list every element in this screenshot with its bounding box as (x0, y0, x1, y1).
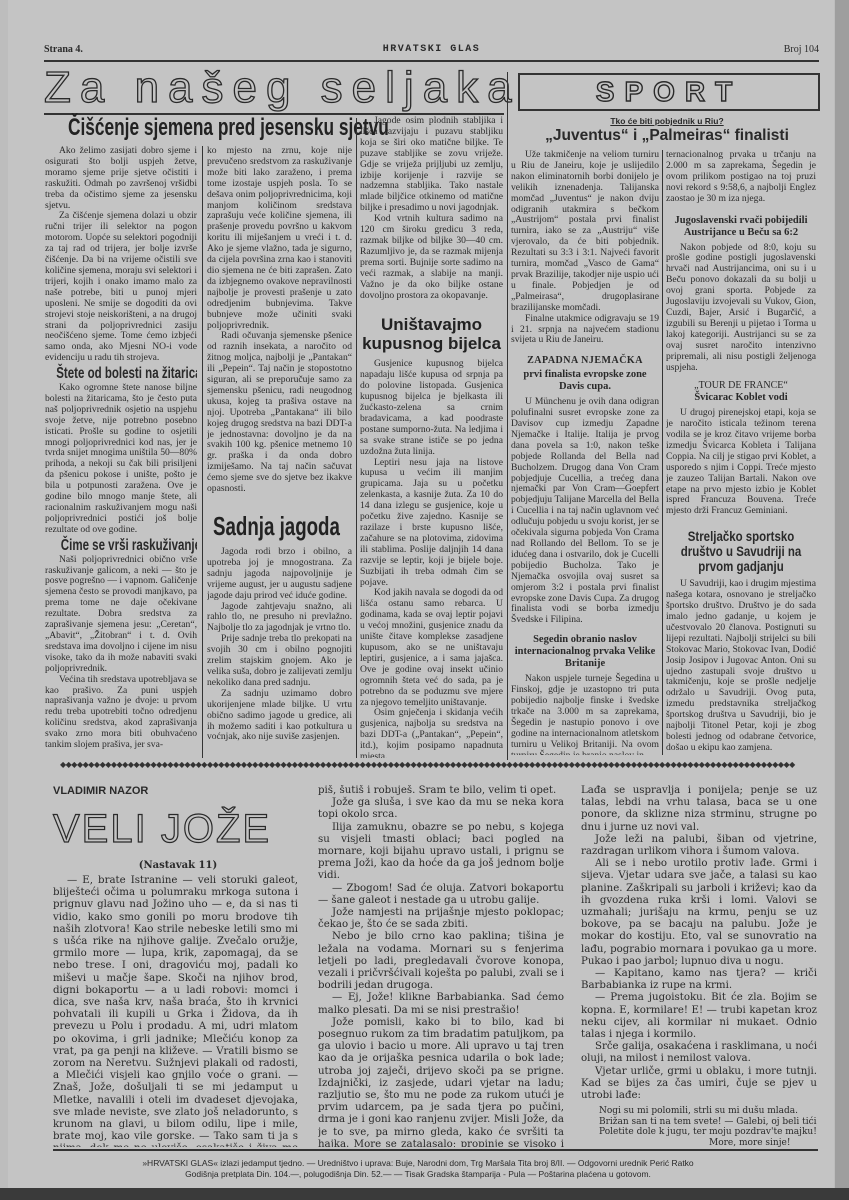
paragraph: U Münchenu je ovih dana odigran polufina… (511, 397, 659, 626)
newspaper-page: Strana 4. HRVATSKI GLAS Broj 104 Za naše… (8, 0, 834, 1188)
agri-section-title: Za našeg seljaka (44, 64, 521, 112)
tour-headline: Švicarac Koblet vodi (666, 393, 816, 404)
paragraph: Radi očuvanja sjemenske pšenice od razni… (207, 331, 352, 495)
paragraph: Osim gnječenja i skidanja većih gusjenic… (360, 708, 503, 758)
paragraph: Jože namjesti na prijašnje mjesto poklop… (318, 907, 564, 931)
paragraph: Jagode zahtjevaju snažno, ali rahlo tlo,… (207, 602, 352, 635)
shooting-headline: Streljačko sportsko društvo u Savudriji … (677, 529, 805, 574)
article-headline-seed-cleaning: Čišćenje sjemena pred jesensku sjetvu (68, 114, 389, 142)
paragraph: — Kapitano, kamo nas tjera? — kriči Barb… (581, 968, 817, 992)
paragraph: Nakon uspjele turneje Šegedina u Finskoj… (511, 674, 659, 755)
agri-column-1: Ako želimo zasijati dobro sjeme i osigur… (45, 146, 197, 758)
paragraph: ternacionalnog prvaka u trčanju na 2.000… (666, 150, 816, 205)
running-header: Strana 4. HRVATSKI GLAS Broj 104 (44, 44, 819, 58)
paragraph: Nakon pobjede od 8:0, koju su prošle god… (666, 243, 816, 374)
paragraph: — E, brate Istranine — veli storuki gale… (53, 875, 298, 1147)
sport-headline: „Juventus“ i „Palmeiras“ finalisti (508, 127, 826, 145)
ornamental-divider: ◆◆◆◆◆◆◆◆◆◆◆◆◆◆◆◆◆◆◆◆◆◆◆◆◆◆◆◆◆◆◆◆◆◆◆◆◆◆◆◆… (60, 762, 820, 768)
paragraph: Vjetar urliče, grmi u oblaku, i more tut… (581, 1066, 817, 1103)
paragraph: Nebo je bilo crno kao paklina; tišina je… (318, 931, 564, 992)
headline-line: Uništavajmo (360, 315, 503, 334)
header-rule (44, 60, 819, 62)
paragraph: Ako želimo zasijati dobro sjeme i osigur… (45, 146, 197, 211)
scan-bottom-edge (0, 1188, 849, 1200)
davis-kicker: ZAPADNA NJEMAČKA (511, 356, 659, 367)
segedin-headline: Segedin obranio naslov internacionalnog … (511, 634, 659, 670)
column-rule (662, 150, 663, 755)
footer-rule (53, 1149, 818, 1151)
paragraph: — Zbogom! Sad će oluja. Zatvori bokaport… (318, 883, 564, 907)
paragraph: Naši poljoprivrednici obično vrše raskuž… (45, 555, 197, 675)
agri-column-2: ko mjesto na zrnu, koje nije prevučeno s… (207, 146, 352, 758)
novel-author: VLADIMIR NAZOR (53, 785, 148, 797)
subheading-disinfection: Čime se vrši raskuživanje (61, 541, 183, 552)
novel-column-2: piš, šutiš i robuješ. Sram te bilo, veli… (318, 785, 564, 1147)
paragraph: — Prema jugoistoku. Bit će zla. Bojim se… (581, 992, 817, 1041)
paragraph: Kod jakih navala se dogodi da od lišća o… (360, 588, 503, 708)
paragraph: U Savudriji, kao i drugim mjestima našeg… (666, 579, 816, 754)
section-divider (507, 72, 508, 760)
paragraph: Kod vrtnih kultura sadimo na 120 cm širo… (360, 214, 503, 301)
verse-line: More, more sinje! (599, 1138, 817, 1147)
imprint-line-1: »HRVATSKI GLAS« izlazi jedamput tjedno. … (68, 1158, 768, 1169)
davis-headline: prvi finalista evropske zone Davis cupa. (511, 369, 659, 393)
paragraph: Jože ga sluša, i sve kao da mu se neka k… (318, 797, 564, 821)
verse-line: Poletite dole k jugu, ter moju pozdrav't… (599, 1127, 817, 1138)
paragraph: Jagode osim plodnih stabljika i lišća ra… (360, 116, 503, 214)
masthead-name: HRVATSKI GLAS (44, 44, 819, 55)
article-headline-strawberries: Sadnja jagoda (213, 511, 313, 541)
sport-section-title: SPORT (596, 76, 742, 107)
song-verse: Nogi su mi polomili, strli su mi dušu ml… (581, 1106, 817, 1147)
paragraph: Jože leži na palubi, šiban od vjetrine, … (581, 834, 817, 858)
paragraph: Za sadnju uzimamo dobro ukorijenjene mla… (207, 689, 352, 744)
paragraph: Većina tih sredstava upotrebljava se kao… (45, 675, 197, 751)
paragraph: Ali se i nebo urotilo protiv lađe. Grmi … (581, 858, 817, 968)
paragraph: Lađa se uspravlja i ponijela; penje se u… (581, 785, 817, 834)
imprint: »HRVATSKI GLAS« izlazi jedamput tjedno. … (68, 1158, 768, 1180)
paragraph: Leptiri nesu jaja na listove kupusa u ve… (360, 458, 503, 589)
sport-column-1: Uže takmičenje na veliom turniru u Riu d… (511, 150, 659, 755)
verse-line: Brižan san ti na tem svete! — Galebi, oj… (599, 1117, 817, 1128)
imprint-line-2: Godišnja pretplata Din. 104.—, polugodiš… (68, 1169, 768, 1180)
agri-column-3: Jagode osim plodnih stabljika i lišća ra… (360, 116, 503, 758)
column-rule (202, 146, 203, 758)
paragraph: Uže takmičenje na veliom turniru u Riu d… (511, 150, 659, 314)
paragraph: ko mjesto na zrnu, koje nije prevučeno s… (207, 146, 352, 331)
article-headline-cabbage-butterfly: Uništavajmo kupusnog bijelca (360, 315, 503, 353)
page-edge-shadow (835, 0, 849, 1200)
subheading-crop-diseases: Štete od bolesti na žitaricama (56, 369, 186, 380)
sport-kicker: Tko će biti pobjednik u Riu? (513, 116, 821, 126)
paragraph: Jože pomisli, kako bi to bilo, kad bi po… (318, 1017, 564, 1147)
novel-title: VELI JOŽE (53, 806, 271, 852)
novel-column-1: — E, brate Istranine — veli storuki gale… (53, 875, 298, 1147)
issue-number: Broj 104 (784, 44, 819, 55)
paragraph: Prije sadnje treba tlo prekopati na svoj… (207, 634, 352, 689)
paragraph: Jagoda rodi brzo i obilno, a upotreba jo… (207, 547, 352, 602)
paragraph: Gusjenice kupusnog bijelca napadaju lišć… (360, 359, 503, 457)
paragraph: Ilija zamuknu, obazre se po nebu, s koje… (318, 822, 564, 883)
novel-installment: (Nastavak 11) (53, 860, 303, 871)
sport-section-banner: SPORT (518, 73, 820, 111)
paragraph: Finalne utakmice odigravaju se 19 i 21. … (511, 314, 659, 347)
sport-column-2: ternacionalnog prvaka u trčanju na 2.000… (666, 150, 816, 755)
headline-line: kupusnog bijelca (360, 334, 503, 353)
paragraph: Srče galija, osakaćena i rasklimana, u n… (581, 1041, 817, 1065)
paragraph: Za čišćenje sjemena dolazi u obzir ručni… (45, 211, 197, 364)
wrestling-headline: Jugoslavenski rvači pobijedili Austrijan… (666, 215, 816, 239)
paragraph: piš, šutiš i robuješ. Sram te bilo, veli… (318, 785, 564, 797)
paragraph: — Ej, Jože! klikne Barbabianka. Sad ćemo… (318, 992, 564, 1016)
novel-column-3: Lađa se uspravlja i ponijela; penje se u… (581, 785, 817, 1147)
verse-line: Nogi su mi polomili, strli su mi dušu ml… (599, 1106, 817, 1117)
paragraph: U drugoj pirenejskoj etapi, koja se je n… (666, 408, 816, 517)
column-rule (356, 118, 357, 758)
tour-kicker: „TOUR DE FRANCE“ (666, 381, 816, 392)
paragraph: Kako ogromne štete nanose biljne bolesti… (45, 383, 197, 536)
